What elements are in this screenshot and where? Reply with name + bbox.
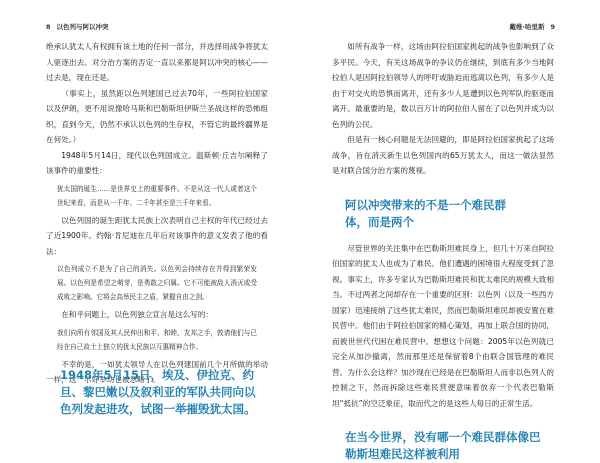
page-number: 8: [46, 23, 51, 31]
left-body-text: 绝承认犹太人有权拥有该土地的任何一部分，并选择用战争将犹太人驱逐出去。对分治方案…: [46, 39, 268, 388]
paragraph: 如所有战争一样，这场由阿拉伯国家挑起的战争也影响到了众多平民。今天，有关这场战争…: [332, 39, 554, 132]
left-page: 8以色列与阿以冲突 绝承认犹太人有权拥有该土地的任何一部分，并选择用战争将犹太人…: [0, 0, 300, 463]
running-head-author: 戴维·哈里斯: [509, 23, 544, 31]
page-number: 9: [550, 23, 555, 31]
paragraph: 在和平问题上，以色列独立宣言是这么写的：: [46, 307, 268, 323]
running-head-title: 以色列与阿以冲突: [57, 23, 109, 31]
paragraph: 尽管世界的关注集中在巴勒斯坦难民身上，但几十万来自阿拉伯国家的犹太人也成为了难民…: [332, 241, 554, 412]
block-quote: 我们向所有邻国及其人民伸出和平、和睦、友邦之手，敦请他们与已经在自己故土上独立的…: [57, 326, 257, 354]
paragraph: 以色列国的诞生距犹太民族上次表明自己主权的年代已经过去了近1900年。约翰·肯尼…: [46, 213, 268, 260]
paragraph: 1948年5月14日，现代以色列国成立。温斯顿·丘吉尔阐释了该事件的重要性：: [46, 148, 268, 179]
block-quote: 以色列成立不是为了自己的消失。以色列会持续存在并得到繁荣发展。以色列是希望之萌芽…: [57, 262, 257, 304]
paragraph: 绝承认犹太人有权拥有该土地的任何一部分，并选择用战争将犹太人驱逐出去。对分治方案…: [46, 39, 268, 86]
pull-quote: 在当今世界，没有哪一个难民群体像巴勒斯坦难民这样被利用: [345, 429, 550, 463]
paragraph: 但是有一核心问题是无法回避的，即是阿拉伯国家挑起了这场战争，旨在消灭新生以色列国…: [332, 132, 554, 179]
paragraph: （事实上，虽然距以色列建国已过去70年，一些阿拉伯国家以及伊朗，更不用说像哈马斯…: [46, 86, 268, 148]
right-running-head: 戴维·哈里斯9: [509, 22, 555, 31]
pull-quote: 1948年5月15日，埃及、伊拉克、约旦、黎巴嫩以及叙利亚的军队共同向以色列发起…: [60, 367, 265, 418]
right-body-text: 如所有战争一样，这场由阿拉伯国家挑起的战争也影响到了众多平民。今天，有关这场战争…: [332, 39, 554, 463]
section-subheading: 阿以冲突带来的不是一个难民群体，而是两个: [345, 197, 525, 231]
right-page: 戴维·哈里斯9 如所有战争一样，这场由阿拉伯国家挑起的战争也影响到了众多平民。今…: [300, 0, 600, 463]
left-running-head: 8以色列与阿以冲突: [46, 22, 109, 31]
block-quote: 犹太国的诞生……是世界史上的重要事件。不是从这一代人或者这个世纪来看，而是从一千…: [57, 182, 257, 210]
